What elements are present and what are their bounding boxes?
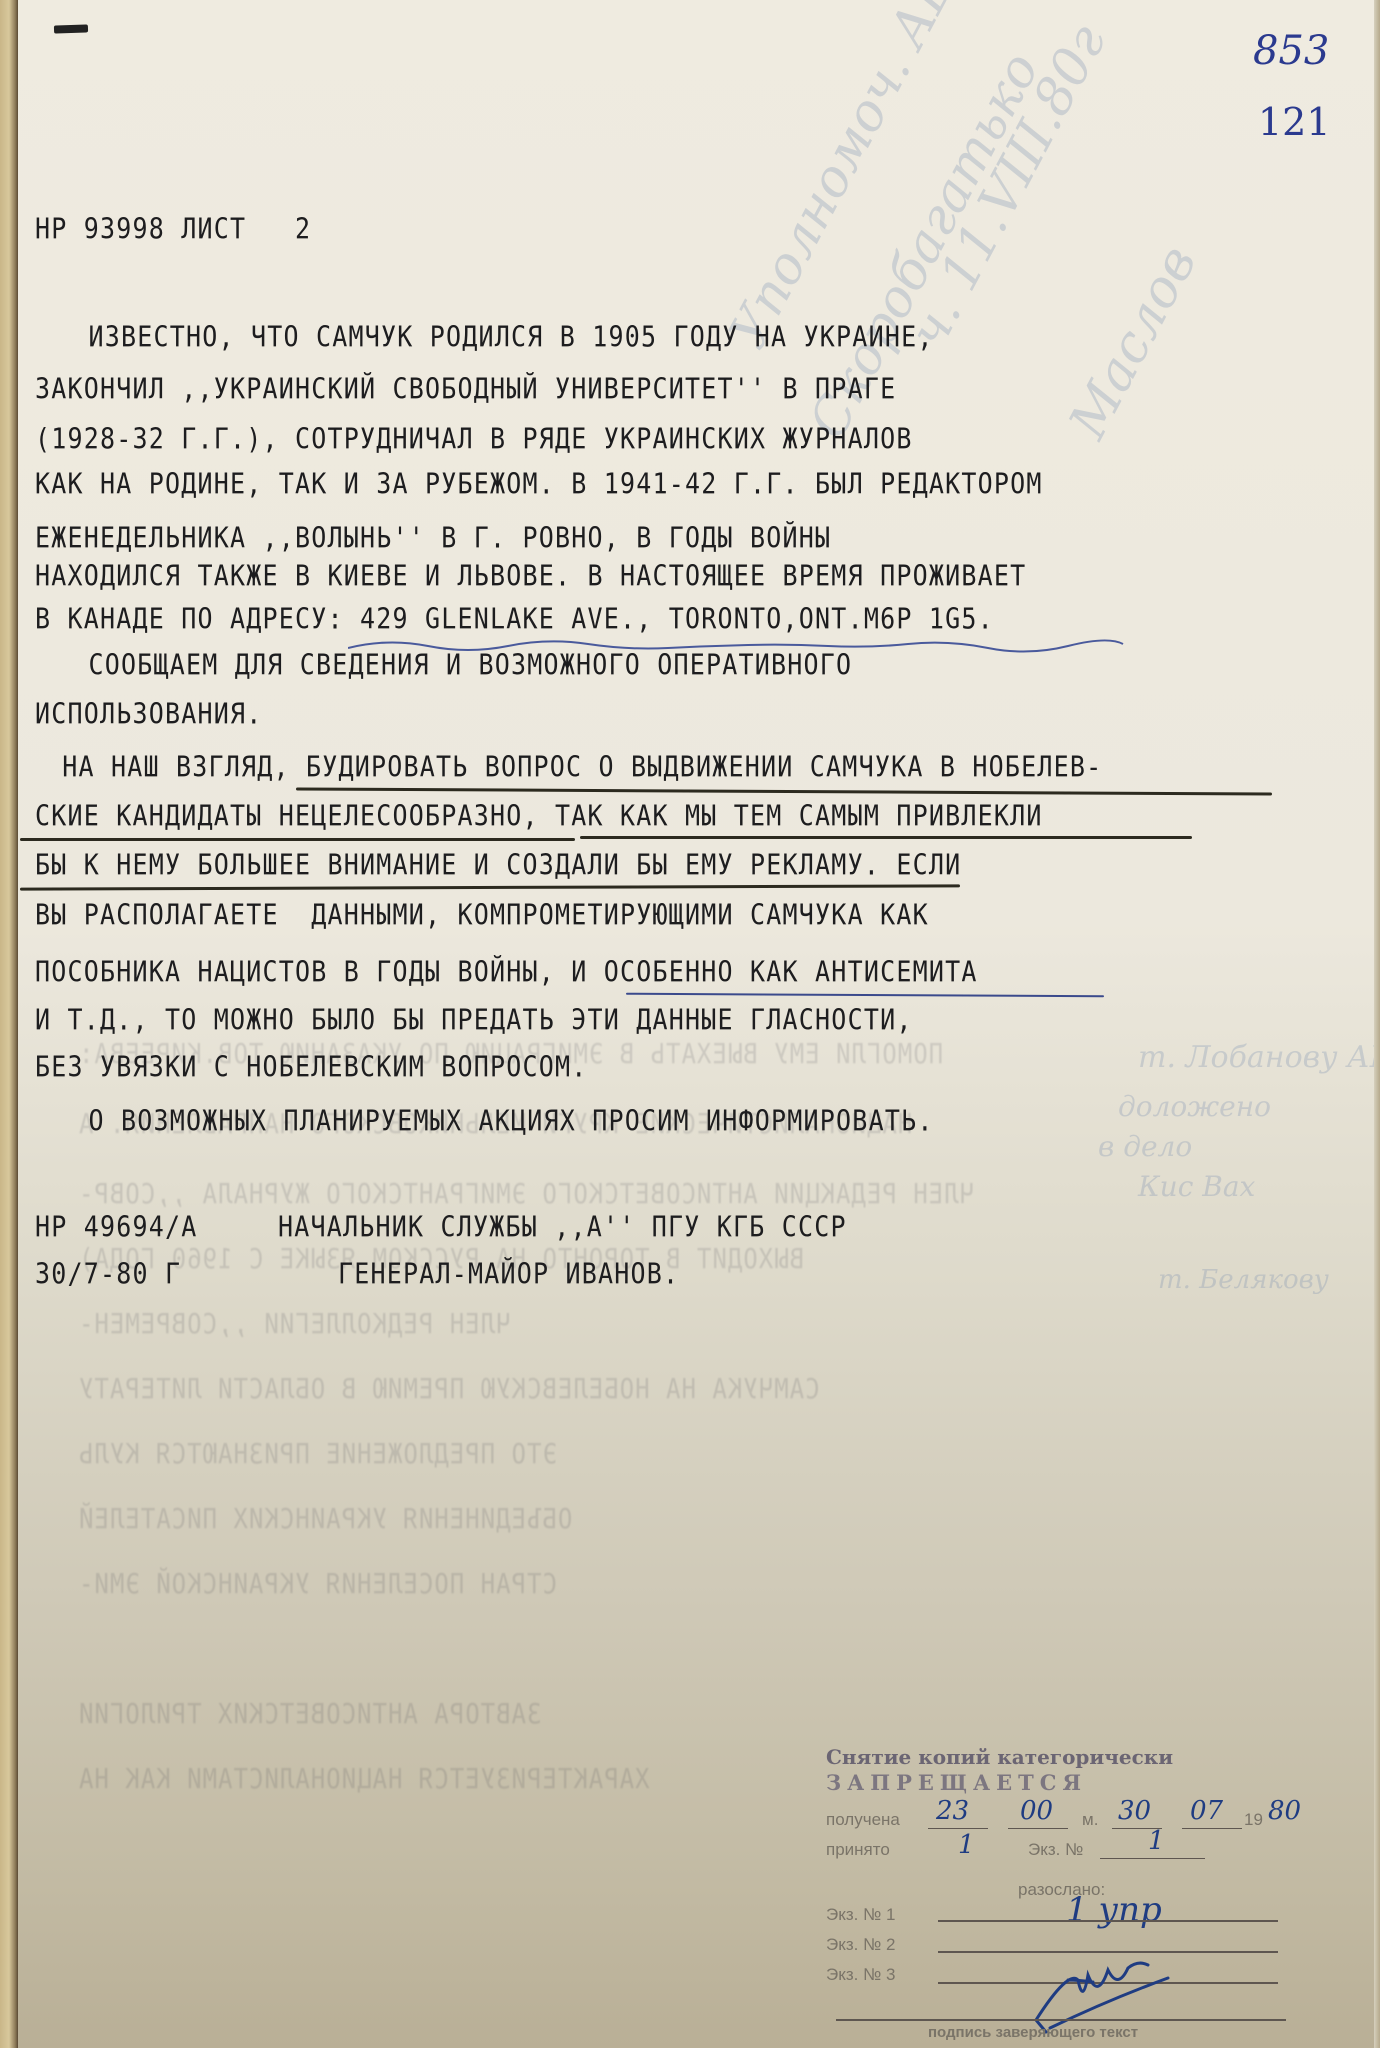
body-line-16: БЕЗ УВЯЗКИ С НОБЕЛЕВСКИМ ВОПРОСОМ. [35, 1050, 588, 1085]
outgoing-ref-number: НР 49694/А [35, 1210, 198, 1245]
signatory-title: НАЧАЛЬНИК СЛУЖБЫ ,,А'' ПГУ КГБ СССР [278, 1210, 847, 1245]
copy-no-label: Экз. № [1028, 1840, 1083, 1860]
redaction-mark [54, 24, 88, 33]
underline-inexpedient [20, 838, 575, 841]
body-line-12: БЫ К НЕМУ БОЛЬШЕЕ ВНИМАНИЕ И СОЗДАЛИ БЫ … [35, 848, 961, 883]
received-day: 30 [1118, 1796, 1151, 1826]
bleed-through-text: СТРАН ПОСЕЛЕНИЯ УКРАИНСКОЙ ЭМИ- [78, 1568, 557, 1600]
bleed-through-text: ЭТО ПРЕДЛОЖЕНИЕ ПРИЗНАЮТСЯ КУЛЬ [78, 1438, 557, 1470]
faint-handwriting: т. Лобанову АВ [1138, 1040, 1380, 1075]
year-prefix: 19 [1244, 1810, 1263, 1830]
signatory-name: ГЕНЕРАЛ-МАЙОР ИВАНОВ. [338, 1257, 679, 1292]
copy-3-label: Экз. № 3 [826, 1965, 896, 1985]
page-right-edge [1374, 0, 1380, 2048]
copy-1-value: 1 упр [1066, 1890, 1162, 1930]
document-date: 30/7-80 Г [35, 1257, 181, 1292]
month-rule [1182, 1828, 1242, 1829]
body-line-5: ЕЖЕНЕДЕЛЬНИКА ,,ВОЛЫНЬ'' В Г. РОВНО, В Г… [35, 521, 831, 556]
body-line-4: КАК НА РОДИНЕ, ТАК И ЗА РУБЕЖОМ. В 1941-… [35, 467, 1043, 502]
folio-number-secondary: 121 [1258, 100, 1331, 144]
body-line-17: О ВОЗМОЖНЫХ ПЛАНИРУЕМЫХ АКЦИЯХ ПРОСИМ ИН… [56, 1104, 934, 1139]
minute-label: м. [1082, 1810, 1098, 1830]
copy-no-value: 1 [1148, 1826, 1165, 1856]
body-line-9: ИСПОЛЬЗОВАНИЯ. [35, 697, 263, 732]
body-line-3: (1928-32 Г.Г.), СОТРУДНИЧАЛ В РЯДЕ УКРАИ… [35, 422, 913, 457]
folio-number-primary: 853 [1253, 28, 1329, 74]
copy-no-rule [1100, 1858, 1205, 1859]
copy-1-rule [938, 1920, 1278, 1922]
signature-rule [836, 2019, 1286, 2021]
underline-antisemite [626, 993, 1104, 998]
faint-handwriting: т. Белякову [1158, 1265, 1329, 1295]
copy-2-label: Экз. № 2 [826, 1935, 896, 1955]
body-line-6: НАХОДИЛСЯ ТАКЖЕ В КИЕВЕ И ЛЬВОВЕ. В НАСТ… [35, 559, 1026, 594]
underline-nobel-question [296, 787, 1272, 795]
body-line-7-address: В КАНАДЕ ПО АДРЕСУ: 429 GLENLAKE AVE., T… [35, 602, 994, 637]
faint-handwriting: Маслов [1058, 236, 1209, 448]
body-line-1: ИЗВЕСТНО, ЧТО САМЧУК РОДИЛСЯ В 1905 ГОДУ… [56, 320, 934, 355]
received-hour: 23 [936, 1796, 969, 1826]
bleed-through-text: САМЧУКА НА НОБЕЛЕВСКУЮ ПРЕМИЮ В ОБЛАСТИ … [78, 1373, 820, 1405]
binder-edge [0, 0, 18, 2048]
stamp-no-copies-line2: ЗАПРЕЩАЕТСЯ [826, 1770, 1087, 1795]
received-month: 07 [1190, 1796, 1223, 1826]
faint-handwriting: доложено [1118, 1090, 1271, 1123]
accepted-label: принято [826, 1840, 890, 1860]
signature-caption: подпись заверяющего текст [928, 2024, 1138, 2041]
accepted-value: 1 [958, 1830, 975, 1860]
body-line-2: ЗАКОНЧИЛ ,,УКРАИНСКИЙ СВОБОДНЫЙ УНИВЕРСИ… [35, 372, 896, 407]
bleed-through-text: ОБЪЕДИНЕНИЯ УКРАИНСКИХ ПИСАТЕЛЕЙ [78, 1503, 572, 1535]
hour-rule [928, 1828, 988, 1829]
received-minute: 00 [1020, 1796, 1053, 1826]
body-line-15: И Т.Д., ТО МОЖНО БЫЛО БЫ ПРЕДАТЬ ЭТИ ДАН… [35, 1003, 913, 1038]
faint-handwriting: Кис Вах [1138, 1170, 1255, 1203]
bleed-through-text: ЧЛЕН РЕДКОЛЛЕГИИ ,,СОВРЕМЕН- [78, 1308, 511, 1340]
bleed-through-text: ЧЛЕН РЕДАКЦИИ АНТИСОВЕТСКОГО ЭМИГРАНТСКО… [78, 1178, 974, 1210]
underline-attract-attention [580, 836, 1192, 839]
body-line-14: ПОСОБНИКА НАЦИСТОВ В ГОДЫ ВОЙНЫ, И ОСОБЕ… [35, 955, 978, 990]
document-header-ref: НР 93998 ЛИСТ 2 [35, 212, 311, 247]
address-wavy-underline [348, 636, 1128, 656]
body-line-10: НА НАШ ВЗГЛЯД, БУДИРОВАТЬ ВОПРОС О ВЫДВИ… [46, 750, 1102, 785]
faint-handwriting: в дело [1098, 1130, 1192, 1163]
copy-1-label: Экз. № 1 [826, 1905, 896, 1925]
body-line-11: СКИЕ КАНДИДАТЫ НЕЦЕЛЕСООБРАЗНО, ТАК КАК … [35, 799, 1043, 834]
received-year: 80 [1268, 1796, 1301, 1826]
underline-advertising [20, 884, 960, 890]
document-page: ПОМОГЛИ ЕМУ ВЫЕХАТЬ В ЭМИГРАЦИЮ ПО УКАЗА… [18, 0, 1380, 2048]
minute-rule [1008, 1828, 1068, 1829]
body-line-13: ВЫ РАСПОЛАГАЕТЕ ДАННЫМИ, КОМПРОМЕТИРУЮЩИ… [35, 898, 929, 933]
stamp-no-copies-line1: Снятие копий категорически [826, 1745, 1173, 1769]
bleed-through-text: ХАРАКТЕРИЗУЕТСЯ НАЦИОНАЛИСТАМИ КАК НА [78, 1763, 650, 1795]
bleed-through-text: ЗАВТОРА АНТИСОВЕТСКИХ ТРИЛОГИИ [78, 1698, 541, 1730]
received-label: получена [826, 1810, 900, 1830]
